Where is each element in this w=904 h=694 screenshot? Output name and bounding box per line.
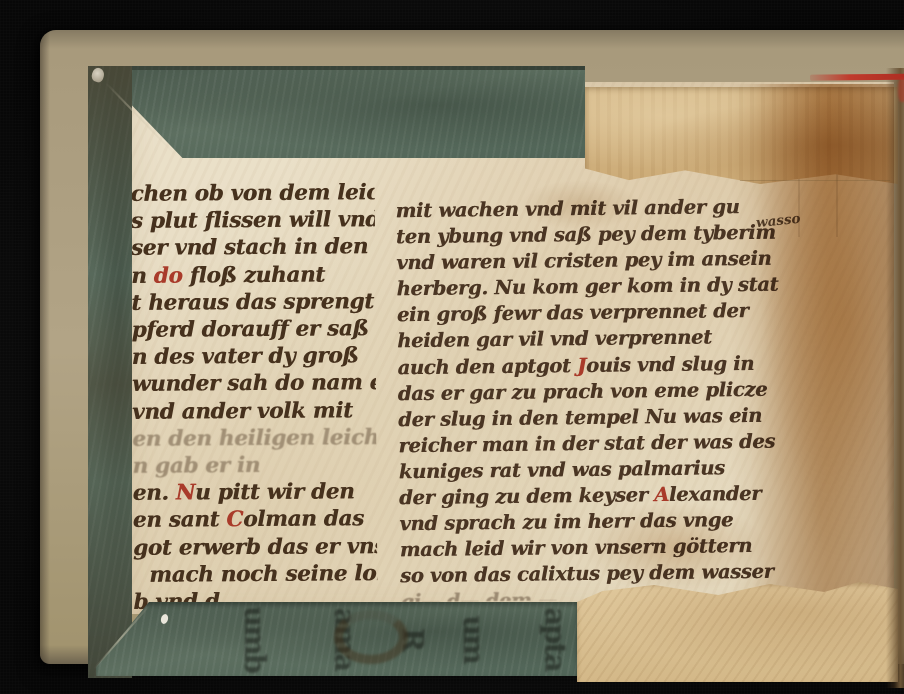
- manuscript-line: got erwerb das er vns: [133, 533, 377, 562]
- manuscript-line: en. Nu pitt wir den: [133, 478, 377, 507]
- manuscript-line: t heraus das sprengt: [131, 288, 375, 317]
- rubrication: N: [176, 481, 196, 506]
- manuscript-line: n des vater dy groß: [132, 342, 376, 371]
- book-inside-cover: chen ob von dem leich=s plut flissen wil…: [40, 30, 904, 664]
- manuscript-line: n gab er in: [132, 451, 376, 480]
- red-edge-paint: [810, 73, 904, 80]
- rubrication: A: [654, 483, 669, 506]
- manuscript-line: chen ob von dem leich=: [130, 179, 374, 208]
- rubrication: J: [577, 354, 586, 377]
- show-through-glyph: um: [457, 615, 491, 663]
- show-through-glyph: apta: [539, 607, 573, 670]
- rubrication: C: [226, 508, 243, 533]
- manuscript-line: ser vnd stach in den hei: [131, 234, 375, 263]
- manuscript-line: en den heiligen leich: [132, 424, 376, 453]
- manuscript-column-right: mit wachen vnd mit vil ander guten ybung…: [395, 194, 772, 619]
- photo-backdrop: chen ob von dem leich=s plut flissen wil…: [0, 0, 904, 694]
- gutter-crease: [886, 68, 904, 688]
- parchment-patch-bottom-right: [577, 582, 898, 682]
- manuscript-line: pferd dorauff er saß: [131, 315, 375, 344]
- faint-rule-line: [740, 180, 890, 181]
- manuscript-line: vnd ander volk mit: [132, 397, 376, 426]
- cover-turn-in-left: [88, 66, 132, 678]
- red-edge-paint-smear: [898, 78, 904, 102]
- manuscript-line: n do floß zuhant: [131, 261, 375, 290]
- rubrication: do: [154, 263, 183, 288]
- ink-ring-stain: [334, 610, 408, 664]
- manuscript-line: en sant Colman das: [133, 506, 377, 535]
- show-through-glyph: umb: [238, 606, 272, 672]
- manuscript-column-left: chen ob von dem leich=s plut flissen wil…: [130, 179, 377, 615]
- parchment-patch-top-right: [585, 87, 898, 184]
- manuscript-line: wunder sah do nam er: [132, 370, 376, 399]
- manuscript-line: auch den aptgot Jouis vnd slug in: [397, 350, 769, 381]
- manuscript-line: ein groß fewr das verprennet der: [397, 298, 769, 329]
- manuscript-line: s plut flissen will vnd: [131, 206, 375, 235]
- manuscript-line: mach noch seine lob: [133, 560, 377, 589]
